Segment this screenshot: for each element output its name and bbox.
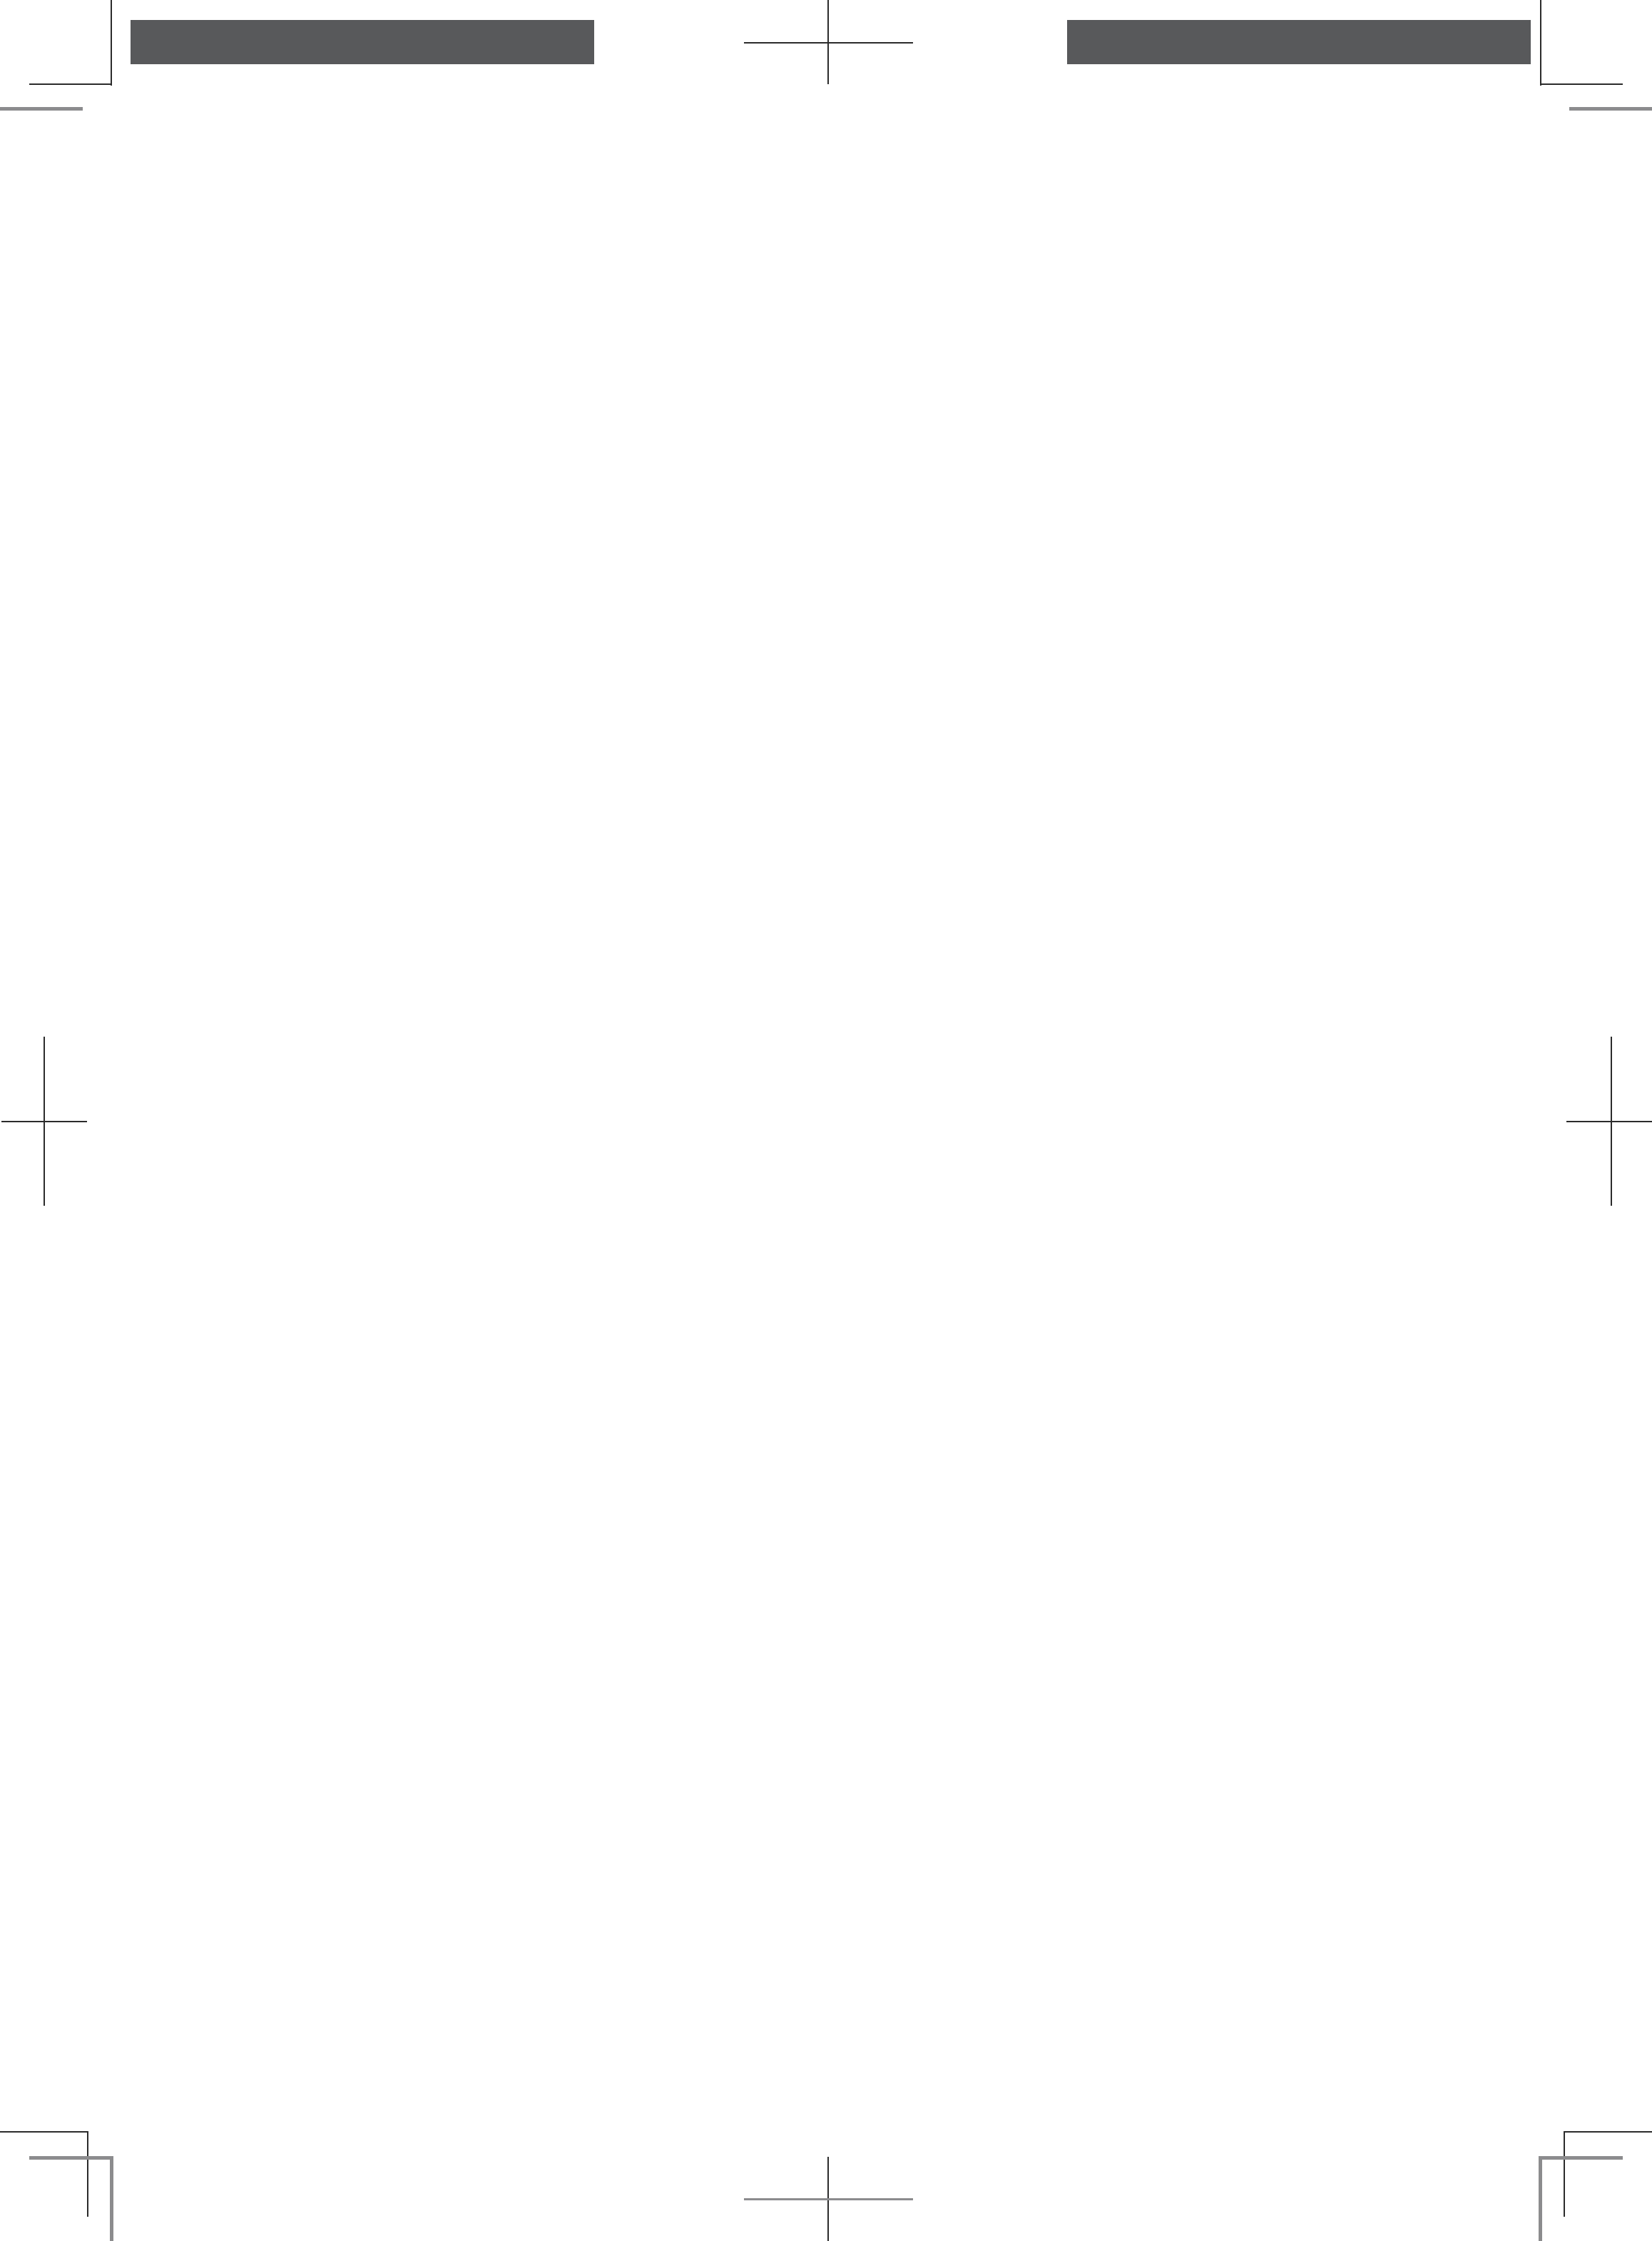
- crop-mark-bottom-left-horizontal: [0, 2131, 88, 2133]
- color-calibration-bar: [1067, 20, 1531, 64]
- crop-mark-top-center-horizontal: [744, 42, 913, 44]
- crop-mark-bottom-right-gray-horizontal: [1540, 2156, 1623, 2160]
- crop-mark-bottom-center-horizontal: [744, 2198, 913, 2200]
- crop-mark-bottom-right-horizontal: [1564, 2131, 1652, 2133]
- crop-mark-top-right-vertical: [1540, 0, 1541, 86]
- grayscale-calibration-bar: [131, 20, 594, 64]
- crop-mark-bottom-right-vertical: [1564, 2131, 1565, 2217]
- crop-mark-top-left-horizontal: [29, 83, 112, 85]
- crop-mark-left-center-horizontal: [1, 1121, 87, 1122]
- book-page: { "page": { "header": "第 3 章 导航自组织网络的感知与…: [0, 0, 1652, 2241]
- body-text: [300, 365, 1385, 2006]
- crop-mark-bottom-left-vertical: [87, 2131, 88, 2217]
- crop-mark-bottom-left-gray-vertical: [110, 2156, 113, 2241]
- crop-mark-top-right-gray: [1569, 107, 1652, 111]
- crop-mark-top-left-gray: [0, 107, 83, 111]
- crop-mark-top-left-vertical: [111, 0, 112, 86]
- crop-mark-bottom-right-gray-vertical: [1539, 2156, 1542, 2241]
- crop-mark-top-right-horizontal: [1540, 83, 1623, 85]
- crop-mark-right-center-horizontal: [1566, 1121, 1652, 1122]
- crop-mark-bottom-left-gray-horizontal: [29, 2156, 112, 2160]
